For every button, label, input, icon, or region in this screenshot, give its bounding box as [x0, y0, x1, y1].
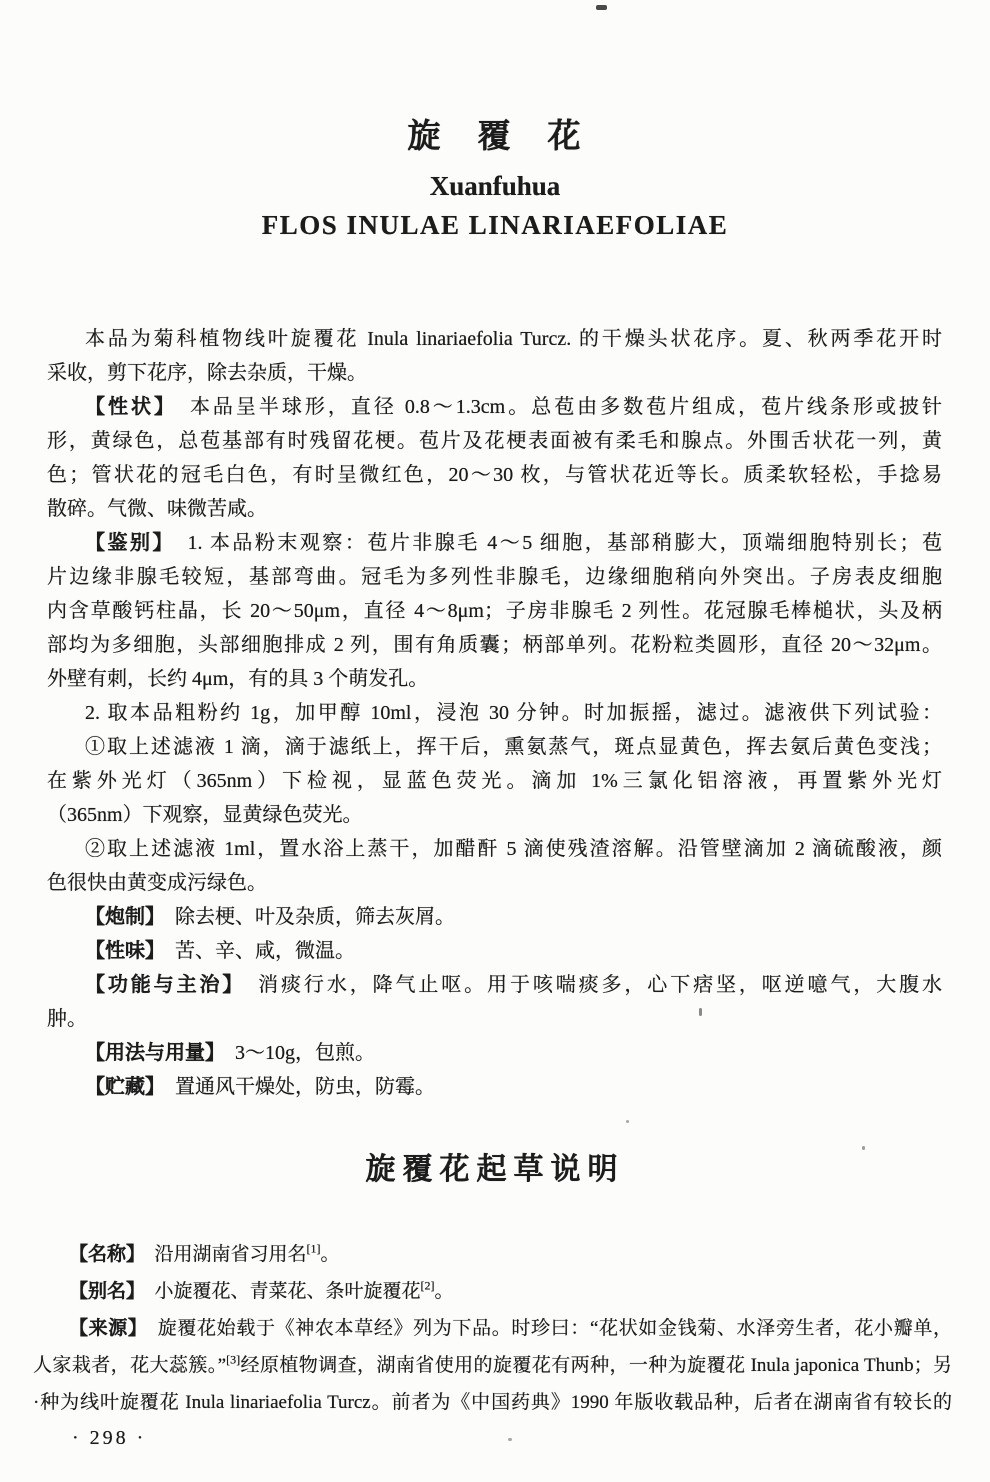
paragraph: 【贮藏】 置通风干燥处，防虫，防霉。 — [47, 1070, 942, 1104]
text-line: ①取上述滤液 1 滴，滴于滤纸上，挥干后，熏氨蒸气，斑点显黄色，挥去氨后黄色变浅… — [47, 730, 942, 764]
title-chinese: 旋 覆 花 — [0, 116, 990, 158]
text-line: 外壁有刺，长约 4μm，有的具 3 个萌发孔。 — [47, 662, 942, 696]
text-line: ②取上述滤液 1ml，置水浴上蒸干，加醋酐 5 滴使残渣溶解。沿管壁滴加 2 滴… — [47, 832, 942, 866]
section-label: 【炮制】 — [85, 906, 155, 928]
paragraph: 【功能与主治】 消痰行水，降气止呕。用于咳喘痰多，心下痞坚，呕逆噫气，大腹水肿。 — [47, 968, 942, 1036]
scan-speck — [626, 1120, 629, 1123]
scanned-document-page: 旋 覆 花 Xuanfuhua FLOS INULAE LINARIAEFOLI… — [0, 0, 990, 1482]
text-line: 【鉴别】 1. 本品粉末观察：苞片非腺毛 4～5 细胞，基部稍膨大，顶端细胞特别… — [47, 526, 942, 560]
monograph-body: 本品为菊科植物线叶旋覆花 Inula linariaefolia Turcz. … — [47, 322, 942, 1104]
text-line: 片边缘非腺毛较短，基部弯曲。冠毛为多列性非腺毛，边缘细胞稍向外突出。子房表皮细胞 — [47, 560, 942, 594]
scan-speck — [862, 1146, 865, 1150]
text-line: 色很快由黄变成污绿色。 — [47, 866, 942, 900]
text-line: 【贮藏】 置通风干燥处，防虫，防霉。 — [47, 1070, 942, 1104]
draft-notes-heading: 旋覆花起草说明 — [0, 1150, 990, 1190]
text-line: （365nm）下观察，显黄绿色荧光。 — [47, 798, 942, 832]
draft-notes-body: 【名称】 沿用湖南省习用名[1]。【别名】 小旋覆花、青菜花、条叶旋覆花[2]。… — [33, 1236, 952, 1421]
text-line: 【来源】 旋覆花始载于《神农本草经》列为下品。时珍曰：“花状如金钱菊、水泽旁生者… — [33, 1310, 952, 1347]
paragraph: ②取上述滤液 1ml，置水浴上蒸干，加醋酐 5 滴使残渣溶解。沿管壁滴加 2 滴… — [47, 832, 942, 900]
text-line: 色；管状花的冠毛白色，有时呈微红色，20～30 枚，与管状花近等长。质柔软轻松，… — [47, 458, 942, 492]
section-label: 【名称】 — [69, 1244, 136, 1265]
text-line: 【炮制】 除去梗、叶及杂质，筛去灰屑。 — [47, 900, 942, 934]
text-line: 部均为多细胞，头部细胞排成 2 列，围有角质囊；柄部单列。花粉粒类圆形，直径 2… — [47, 628, 942, 662]
text-line: 肿。 — [47, 1002, 942, 1036]
text-line: 在紫外光灯（365nm）下检视，显蓝色荧光。滴加 1%三氯化铝溶液，再置紫外光灯 — [47, 764, 942, 798]
text-line: 【性味】 苦、辛、咸，微温。 — [47, 934, 942, 968]
section-label: 【性状】 — [85, 396, 167, 418]
scan-speck — [596, 5, 607, 10]
scan-speck — [508, 1438, 512, 1441]
text-line: 【用法与用量】 3～10g，包煎。 — [47, 1036, 942, 1070]
paragraph: 【用法与用量】 3～10g，包煎。 — [47, 1036, 942, 1070]
text-line: 人家栽者，花大蕊簇。”[3]经原植物调查，湖南省使用的旋覆花有两种，一种为旋覆花… — [33, 1347, 952, 1384]
paragraph: 【鉴别】 1. 本品粉末观察：苞片非腺毛 4～5 细胞，基部稍膨大，顶端细胞特别… — [47, 526, 942, 696]
scan-speck — [699, 1008, 702, 1016]
text-line: 内含草酸钙柱晶，长 20～50μm，直径 4～8μm；子房非腺毛 2 列性。花冠… — [47, 594, 942, 628]
text-line: 采收，剪下花序，除去杂质，干燥。 — [47, 356, 942, 390]
monograph-title-block: 旋 覆 花 Xuanfuhua FLOS INULAE LINARIAEFOLI… — [0, 116, 990, 242]
paragraph: ①取上述滤液 1 滴，滴于滤纸上，挥干后，熏氨蒸气，斑点显黄色，挥去氨后黄色变浅… — [47, 730, 942, 832]
text-line: 散碎。气微、味微苦咸。 — [47, 492, 942, 526]
paragraph: 本品为菊科植物线叶旋覆花 Inula linariaefolia Turcz. … — [47, 322, 942, 390]
reference-superscript: [2] — [421, 1279, 435, 1293]
paragraph: 【性味】 苦、辛、咸，微温。 — [47, 934, 942, 968]
title-pinyin: Xuanfuhua — [0, 170, 990, 202]
reference-superscript: [1] — [307, 1242, 321, 1256]
section-label: 【功能与主治】 — [85, 974, 235, 996]
text-line: 【性状】 本品呈半球形，直径 0.8～1.3cm。总苞由多数苞片组成，苞片线条形… — [47, 390, 942, 424]
text-line: 2. 取本品粗粉约 1g，加甲醇 10ml，浸泡 30 分钟。时加振摇，滤过。滤… — [47, 696, 942, 730]
section-label: 【来源】 — [69, 1318, 138, 1339]
text-line: 【功能与主治】 消痰行水，降气止呕。用于咳喘痰多，心下痞坚，呕逆噫气，大腹水 — [47, 968, 942, 1002]
page-number: · 298 · — [72, 1427, 990, 1450]
text-line: 【别名】 小旋覆花、青菜花、条叶旋覆花[2]。 — [33, 1273, 952, 1310]
paragraph: 2. 取本品粗粉约 1g，加甲醇 10ml，浸泡 30 分钟。时加振摇，滤过。滤… — [47, 696, 942, 730]
text-line: 【名称】 沿用湖南省习用名[1]。 — [33, 1236, 952, 1273]
paragraph: 【炮制】 除去梗、叶及杂质，筛去灰屑。 — [47, 900, 942, 934]
paragraph: 【名称】 沿用湖南省习用名[1]。 — [33, 1236, 952, 1273]
text-line: ·种为线叶旋覆花 Inula linariaefolia Turcz。前者为《中… — [33, 1384, 952, 1421]
section-label: 【别名】 — [69, 1281, 136, 1302]
section-label: 【性味】 — [85, 940, 155, 962]
text-line: 本品为菊科植物线叶旋覆花 Inula linariaefolia Turcz. … — [47, 322, 942, 356]
section-label: 【贮藏】 — [85, 1076, 155, 1098]
paragraph: 【别名】 小旋覆花、青菜花、条叶旋覆花[2]。 — [33, 1273, 952, 1310]
section-label: 【用法与用量】 — [85, 1042, 215, 1064]
reference-superscript: [3] — [226, 1353, 240, 1367]
paragraph: 【性状】 本品呈半球形，直径 0.8～1.3cm。总苞由多数苞片组成，苞片线条形… — [47, 390, 942, 526]
title-latin-name: FLOS INULAE LINARIAEFOLIAE — [0, 208, 990, 242]
section-label: 【鉴别】 — [85, 532, 165, 554]
paragraph: 【来源】 旋覆花始载于《神农本草经》列为下品。时珍曰：“花状如金钱菊、水泽旁生者… — [33, 1310, 952, 1421]
text-line: 形，黄绿色，总苞基部有时残留花梗。苞片及花梗表面被有柔毛和腺点。外围舌状花一列，… — [47, 424, 942, 458]
